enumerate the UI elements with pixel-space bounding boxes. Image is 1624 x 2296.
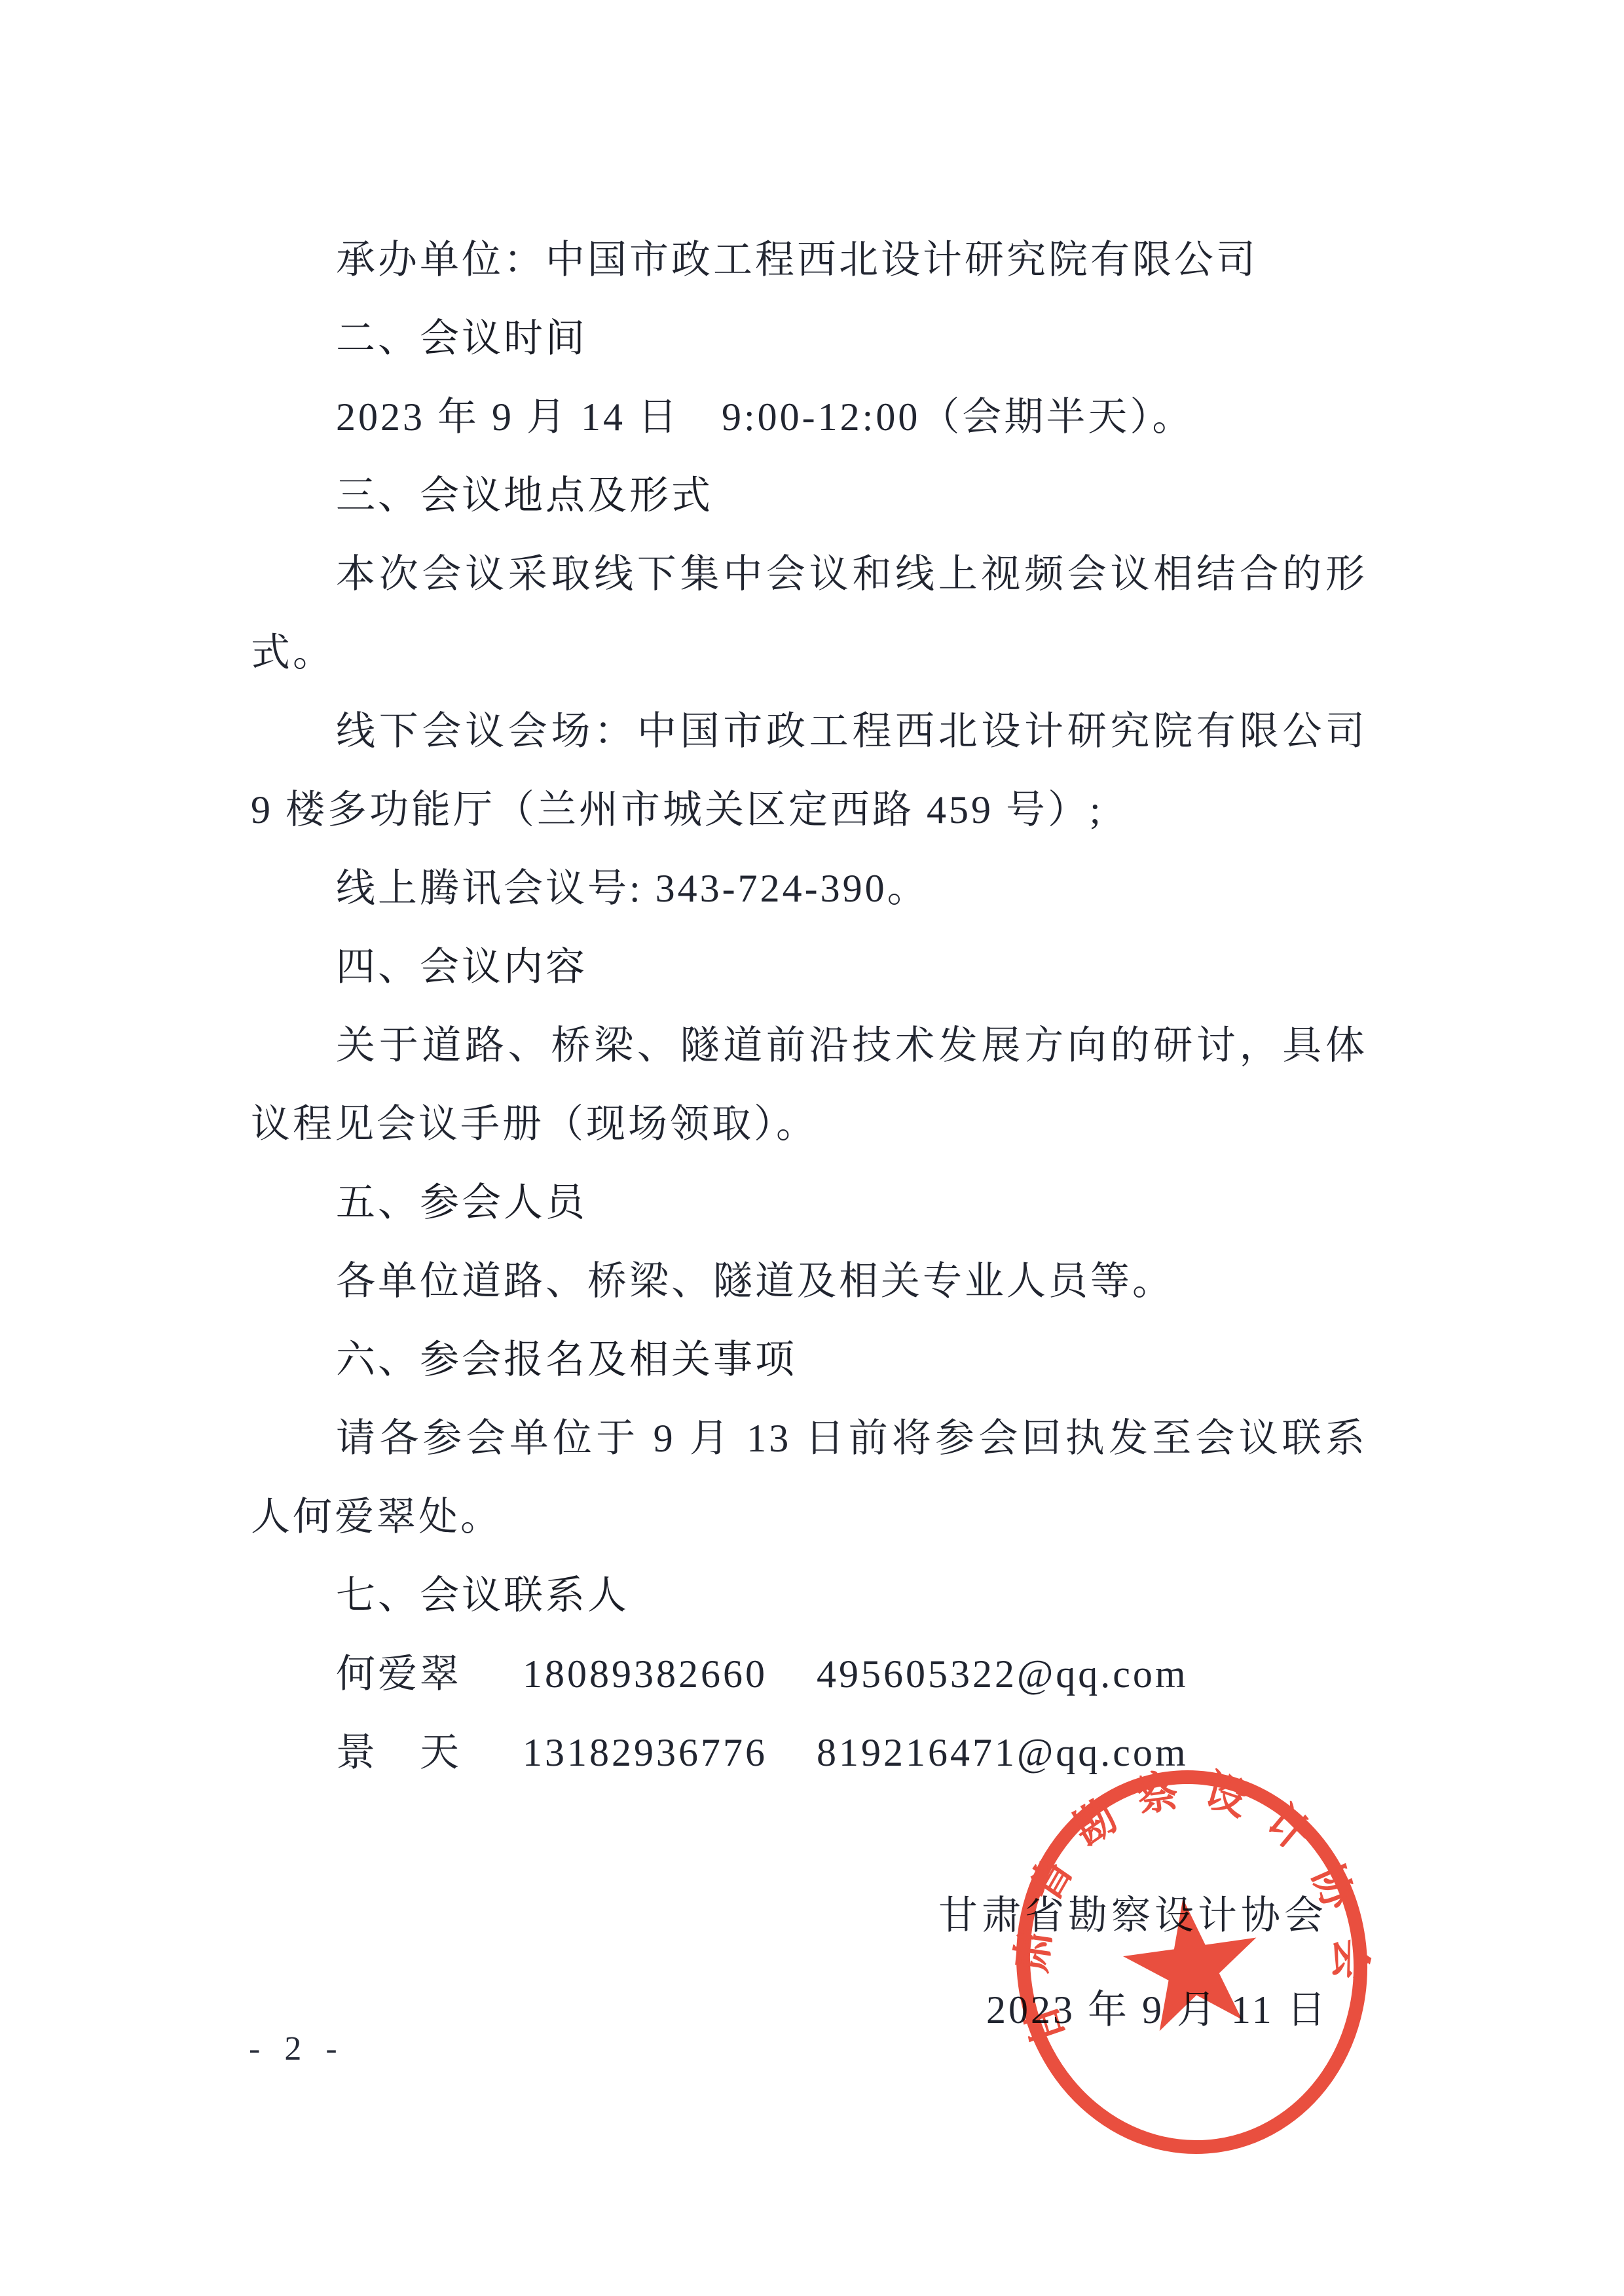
seal-ring	[999, 1755, 1384, 2169]
paragraph-online-meeting-id: 线上腾讯会议号: 343-724-390。	[251, 849, 1367, 928]
contact-row: 景 天 13182936776 819216471@qq.com	[251, 1713, 1367, 1792]
document-body: 承办单位：中国市政工程西北设计研究院有限公司 二、会议时间 2023 年 9 月…	[251, 221, 1367, 1792]
contact-row: 何爱翠 18089382660 495605322@qq.com	[251, 1635, 1367, 1713]
paragraph-meeting-time: 2023 年 9 月 14 日 9:00-12:00（会期半天）。	[251, 378, 1367, 456]
contact-name: 何爱翠	[336, 1652, 462, 1696]
paragraph-registration: 请各参会单位于 9 月 13 日前将参会回执发至会议联系人何爱翠处。	[251, 1399, 1367, 1556]
heading-meeting-content: 四、会议内容	[251, 928, 1367, 1006]
paragraph-offline-venue-line1: 线下会议会场：中国市政工程西北设计研究院有限公司	[251, 692, 1367, 771]
paragraph-meeting-content: 关于道路、桥梁、隧道前沿技术发展方向的研讨，具体议程见会议手册（现场领取）。	[251, 1006, 1367, 1163]
signature-date: 2023 年 9 月 11 日	[986, 1978, 1329, 2035]
paragraph-meeting-format: 本次会议采取线下集中会议和线上视频会议相结合的形式。	[251, 535, 1367, 692]
paragraph-offline-venue-line2: 9 楼多功能厅（兰州市城关区定西路 459 号）;	[251, 771, 1367, 849]
document-page: 承办单位：中国市政工程西北设计研究院有限公司 二、会议时间 2023 年 9 月…	[0, 0, 1624, 2296]
contact-phone: 18089382660	[523, 1652, 767, 1696]
page-number: - 2 -	[249, 2030, 345, 2068]
heading-meeting-time: 二、会议时间	[251, 299, 1367, 378]
heading-registration: 六、参会报名及相关事项	[251, 1321, 1367, 1399]
official-seal: 甘肃省勘察设计协会	[968, 1724, 1416, 2200]
heading-contacts: 七、会议联系人	[251, 1556, 1367, 1635]
signature-organization: 甘肃省勘察设计协会	[938, 1884, 1327, 1941]
contact-email: 819216471@qq.com	[817, 1731, 1189, 1774]
contact-email: 495605322@qq.com	[817, 1652, 1189, 1696]
paragraph-attendees: 各单位道路、桥梁、隧道及相关专业人员等。	[251, 1242, 1367, 1321]
paragraph-organizer: 承办单位：中国市政工程西北设计研究院有限公司	[251, 221, 1367, 299]
official-seal-graphic: 甘肃省勘察设计协会	[968, 1724, 1416, 2200]
contact-name: 景 天	[336, 1731, 462, 1774]
heading-attendees: 五、参会人员	[251, 1163, 1367, 1242]
contact-phone: 13182936776	[523, 1731, 767, 1774]
heading-meeting-venue: 三、会议地点及形式	[251, 456, 1367, 535]
